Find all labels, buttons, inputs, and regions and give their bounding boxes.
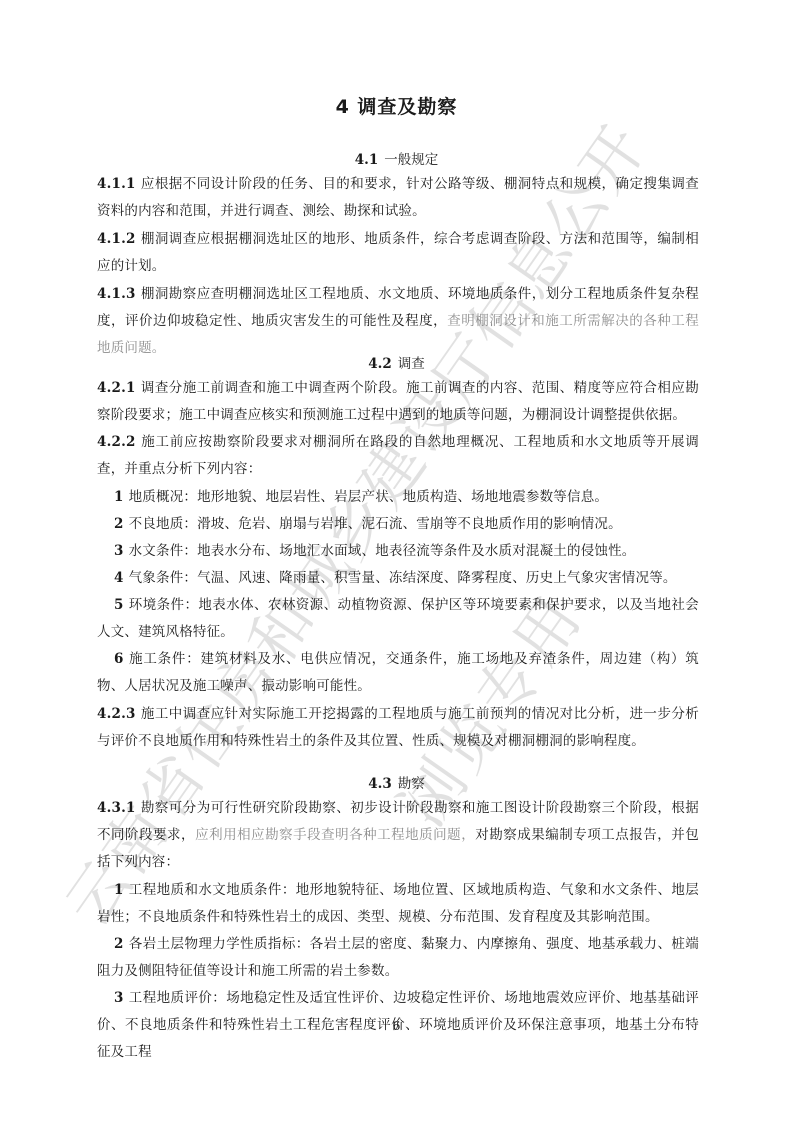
- item-text: 气象条件：气温、风速、降雨量、积雪量、冻结深度、降雾程度、历史上气象灾害情况等。: [129, 570, 677, 586]
- chapter-title: 4 调查及勘察: [0, 92, 793, 119]
- item-text: 地质概况：地形地貌、地层岩性、岩层产状、地质构造、场地地震参数等信息。: [129, 489, 609, 505]
- list-item-4-2-2-6: 6施工条件：建筑材料及水、电供应情况，交通条件，施工场地及弃渣条件，周边建（构）…: [97, 646, 699, 700]
- list-item-4-3-1-1: 1工程地质和水文地质条件：地形地貌特征、场地位置、区域地质构造、气象和水文条件、…: [97, 877, 699, 931]
- section-label: 调查: [398, 356, 425, 372]
- clause-text: 调查分施工前调查和施工中调查两个阶段。施工前调查的内容、范围、精度等应符合相应勘…: [97, 380, 699, 423]
- item-text: 各岩土层物理力学性质指标：各岩土层的密度、黏聚力、内摩擦角、强度、地基承载力、桩…: [97, 936, 699, 979]
- section-title-4-2: 4.2调查: [0, 352, 793, 372]
- list-item-4-2-2-5: 5环境条件：地表水体、农林资源、动植物资源、保护区等环境要素和保护要求，以及当地…: [97, 592, 699, 646]
- clause-4-2-2: 4.2.2施工前应按勘察阶段要求对棚洞所在路段的自然地理概况、工程地质和水文地质…: [97, 429, 699, 483]
- clause-number: 4.2.1: [97, 380, 136, 396]
- list-item-4-2-2-3: 3水文条件：地表水分布、场地汇水面域、地表径流等条件及水质对混凝土的侵蚀性。: [97, 538, 699, 565]
- item-text: 不良地质：滑坡、危岩、崩塌与岩堆、泥石流、雪崩等不良地质作用的影响情况。: [129, 516, 622, 532]
- item-text: 工程地质和水文地质条件：地形地貌特征、场地位置、区域地质构造、气象和水文条件、地…: [97, 882, 699, 925]
- section-number: 4.2: [368, 356, 392, 372]
- item-number: 1: [114, 882, 124, 898]
- section-number: 4.3: [368, 776, 392, 792]
- clause-4-1-1: 4.1.1应根据不同设计阶段的任务、目的和要求，针对公路等级、棚洞特点和规模，确…: [97, 171, 699, 225]
- item-number: 2: [114, 936, 124, 952]
- clause-4-3-1: 4.3.1勘察可分为可行性研究阶段勘察、初步设计阶段勘察和施工图设计阶段勘察三个…: [97, 795, 699, 876]
- item-text: 水文条件：地表水分布、场地汇水面域、地表径流等条件及水质对混凝土的侵蚀性。: [129, 543, 636, 559]
- item-number: 1: [114, 489, 124, 505]
- list-item-4-2-2-4: 4气象条件：气温、风速、降雨量、积雪量、冻结深度、降雾程度、历史上气象灾害情况等…: [97, 565, 699, 592]
- clause-4-1-3: 4.1.3棚洞勘察应查明棚洞选址区工程地质、水文地质、环境地质条件，划分工程地质…: [97, 281, 699, 362]
- page-number: 6: [0, 1018, 793, 1033]
- clause-number: 4.2.2: [97, 434, 136, 450]
- item-number: 2: [114, 516, 124, 532]
- item-number: 3: [114, 543, 124, 559]
- clause-text-faint: 应利用相应勘察手段查明各种工程地质问题，: [195, 827, 475, 843]
- item-text: 施工条件：建筑材料及水、电供应情况，交通条件，施工场地及弃渣条件，周边建（构）筑…: [97, 651, 699, 694]
- document-page: 云南省住房和城乡建设厅信息公开 浏览专用 4 调查及勘察 4.1一般规定 4.1…: [0, 0, 793, 1122]
- clause-text: 应根据不同设计阶段的任务、目的和要求，针对公路等级、棚洞特点和规模，确定搜集调查…: [97, 176, 699, 219]
- item-number: 6: [114, 651, 124, 667]
- clause-4-1-2: 4.1.2棚洞调查应根据棚洞选址区的地形、地质条件，综合考虑调查阶段、方法和范围…: [97, 226, 699, 280]
- item-number: 4: [114, 570, 124, 586]
- clause-number: 4.2.3: [97, 706, 136, 722]
- clause-number: 4.1.2: [97, 231, 136, 247]
- section-number: 4.1: [355, 152, 379, 168]
- section-label: 勘察: [398, 776, 425, 792]
- clause-text: 棚洞调查应根据棚洞选址区的地形、地质条件，综合考虑调查阶段、方法和范围等，编制相…: [97, 231, 699, 274]
- item-number: 3: [114, 990, 124, 1006]
- section-title-4-1: 4.1一般规定: [0, 148, 793, 168]
- clause-text: 施工前应按勘察阶段要求对棚洞所在路段的自然地理概况、工程地质和水文地质等开展调查…: [97, 434, 699, 477]
- clause-4-2-3: 4.2.3施工中调查应针对实际施工开挖揭露的工程地质与施工前预判的情况对比分析，…: [97, 701, 699, 755]
- list-item-4-2-2-2: 2不良地质：滑坡、危岩、崩塌与岩堆、泥石流、雪崩等不良地质作用的影响情况。: [97, 511, 699, 538]
- clause-text: 施工中调查应针对实际施工开挖揭露的工程地质与施工前预判的情况对比分析，进一步分析…: [97, 706, 699, 749]
- clause-number: 4.1.3: [97, 286, 136, 302]
- section-title-4-3: 4.3勘察: [0, 772, 793, 792]
- list-item-4-2-2-1: 1地质概况：地形地貌、地层岩性、岩层产状、地质构造、场地地震参数等信息。: [97, 484, 699, 511]
- clause-number: 4.3.1: [97, 800, 136, 816]
- section-label: 一般规定: [384, 152, 438, 168]
- clause-number: 4.1.1: [97, 176, 136, 192]
- list-item-4-3-1-2: 2各岩土层物理力学性质指标：各岩土层的密度、黏聚力、内摩擦角、强度、地基承载力、…: [97, 931, 699, 985]
- item-number: 5: [114, 597, 124, 613]
- item-text: 环境条件：地表水体、农林资源、动植物资源、保护区等环境要素和保护要求，以及当地社…: [97, 597, 699, 640]
- clause-4-2-1: 4.2.1调查分施工前调查和施工中调查两个阶段。施工前调查的内容、范围、精度等应…: [97, 375, 699, 429]
